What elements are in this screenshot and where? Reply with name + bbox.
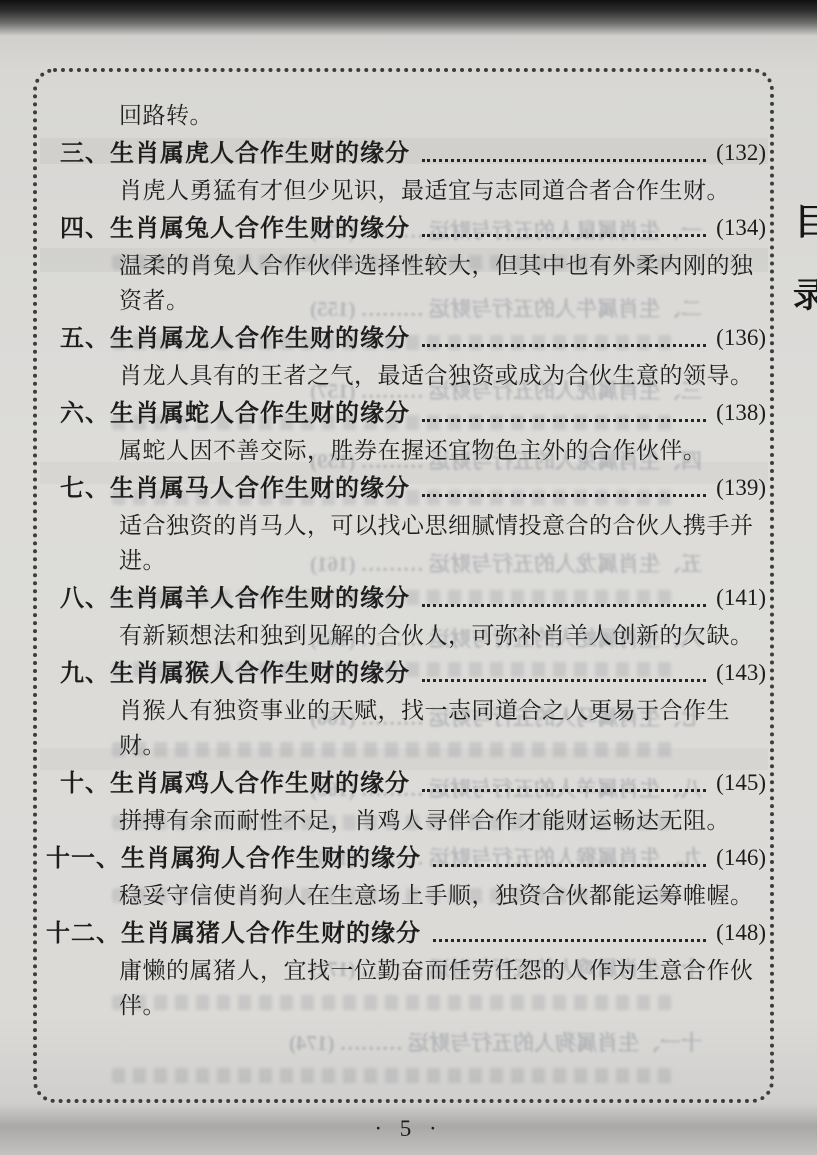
scan-top-shadow: [0, 0, 817, 36]
toc-list: 三、生肖属虎人合作生财的缘分(132)肖虎人勇猛有才但少见识，最适宜与志同道合者…: [33, 135, 766, 1023]
toc-entry-heading: 五、生肖属龙人合作生财的缘分(136): [33, 320, 766, 357]
toc-entry-heading: 十、生肖属鸡人合作生财的缘分(145): [33, 765, 766, 802]
toc-entry-title: 四、生肖属兔人合作生财的缘分: [60, 211, 410, 247]
dot-leader: [422, 604, 706, 607]
dot-leader: [422, 159, 706, 162]
toc-entry-page: (138): [716, 395, 766, 432]
toc-entry-title: 十一、生肖属狗人合作生财的缘分: [46, 841, 421, 877]
toc-entry-heading: 十一、生肖属狗人合作生财的缘分(146): [33, 840, 766, 877]
toc-entry-page: (145): [716, 765, 766, 802]
toc-entry: 七、生肖属马人合作生财的缘分(139)适合独资的肖马人，可以找心思细腻情投意合的…: [33, 470, 766, 578]
toc-entry-description: 温柔的肖兔人合作伙伴选择性较大，但其中也有外柔内刚的独资者。: [33, 248, 767, 318]
toc-entry-title: 五、生肖属龙人合作生财的缘分: [60, 321, 410, 357]
dot-leader: [422, 679, 706, 682]
toc-entry-title: 九、生肖属猴人合作生财的缘分: [60, 656, 410, 692]
toc-entry: 五、生肖属龙人合作生财的缘分(136)肖龙人具有的王者之气，最适合独资或成为合伙…: [33, 320, 766, 393]
dot-leader: [422, 419, 706, 422]
toc-entry-page: (132): [716, 135, 766, 172]
page-number: · 5 ·: [0, 1116, 817, 1142]
toc-entry: 六、生肖属蛇人合作生财的缘分(138)属蛇人因不善交际，胜券在握还宜物色主外的合…: [33, 395, 766, 468]
toc-entry-heading: 三、生肖属虎人合作生财的缘分(132): [33, 135, 766, 172]
toc-entry-description: 肖龙人具有的王者之气，最适合独资或成为合伙生意的领导。: [33, 358, 767, 393]
toc-entry-page: (139): [716, 470, 766, 507]
toc-entry-title: 三、生肖属虎人合作生财的缘分: [60, 136, 410, 172]
toc-entry-title: 十、生肖属鸡人合作生财的缘分: [60, 766, 410, 802]
toc-entry-description: 肖虎人勇猛有才但少见识，最适宜与志同道合者合作生财。: [33, 173, 767, 208]
toc-entry: 九、生肖属猴人合作生财的缘分(143)肖猴人有独资事业的天赋，找一志同道合之人更…: [33, 655, 766, 763]
toc-entry-description: 拼搏有余而耐性不足，肖鸡人寻伴合作才能财运畅达无阻。: [33, 803, 767, 838]
dot-leader: [422, 494, 706, 497]
toc-entry: 三、生肖属虎人合作生财的缘分(132)肖虎人勇猛有才但少见识，最适宜与志同道合者…: [33, 135, 766, 208]
toc-entry-heading: 六、生肖属蛇人合作生财的缘分(138): [33, 395, 766, 432]
intro-continuation-line: 回路转。: [33, 98, 767, 133]
toc-entry-title: 八、生肖属羊人合作生财的缘分: [60, 581, 410, 617]
toc-entry: 四、生肖属兔人合作生财的缘分(134)温柔的肖兔人合作伙伴选择性较大，但其中也有…: [33, 210, 766, 318]
toc-entry: 十二、生肖属猪人合作生财的缘分(148)庸懒的属猪人，宜找一位勤奋而任劳任怨的人…: [33, 915, 766, 1023]
toc-entry: 八、生肖属羊人合作生财的缘分(141)有新颖想法和独到见解的合伙人，可弥补肖羊人…: [33, 580, 766, 653]
dot-leader: [433, 864, 706, 867]
toc-entry-description: 庸懒的属猪人，宜找一位勤奋而任劳任怨的人作为生意合作伙伴。: [33, 953, 767, 1023]
toc-entry-title: 十二、生肖属猪人合作生财的缘分: [46, 916, 421, 952]
toc-entry-page: (146): [716, 840, 766, 877]
toc-entry-page: (148): [716, 915, 766, 952]
dot-leader: [433, 939, 706, 942]
facing-page-edge-fragment: 目: [794, 194, 817, 245]
toc-entry: 十一、生肖属狗人合作生财的缘分(146)稳妥守信使肖狗人在生意场上手顺，独资合伙…: [33, 840, 766, 913]
toc-entry: 十、生肖属鸡人合作生财的缘分(145)拼搏有余而耐性不足，肖鸡人寻伴合作才能财运…: [33, 765, 766, 838]
toc-entry-page: (134): [716, 210, 766, 247]
dot-leader: [422, 789, 706, 792]
facing-page-edge-fragment: 录: [793, 268, 817, 317]
toc-entry-description: 稳妥守信使肖狗人在生意场上手顺，独资合伙都能运筹帷幄。: [33, 878, 767, 913]
toc-entry-heading: 十二、生肖属猪人合作生财的缘分(148): [33, 915, 766, 952]
toc-entry-heading: 四、生肖属兔人合作生财的缘分(134): [33, 210, 766, 247]
toc-entry-page: (143): [716, 655, 766, 692]
toc-content: 回路转。 三、生肖属虎人合作生财的缘分(132)肖虎人勇猛有才但少见识，最适宜与…: [33, 68, 774, 1023]
toc-entry-description: 有新颖想法和独到见解的合伙人，可弥补肖羊人创新的欠缺。: [33, 618, 767, 653]
toc-entry-title: 六、生肖属蛇人合作生财的缘分: [60, 396, 410, 432]
toc-entry-heading: 九、生肖属猴人合作生财的缘分(143): [33, 655, 766, 692]
toc-entry-title: 七、生肖属马人合作生财的缘分: [60, 471, 410, 507]
toc-entry-heading: 七、生肖属马人合作生财的缘分(139): [33, 470, 766, 507]
toc-entry-page: (141): [716, 580, 766, 617]
toc-entry-heading: 八、生肖属羊人合作生财的缘分(141): [33, 580, 766, 617]
dot-leader: [422, 234, 706, 237]
toc-entry-description: 属蛇人因不善交际，胜券在握还宜物色主外的合作伙伴。: [33, 433, 767, 468]
toc-entry-page: (136): [716, 320, 766, 357]
toc-entry-description: 肖猴人有独资事业的天赋，找一志同道合之人更易于合作生财。: [33, 693, 767, 763]
scanned-page: 一、生肖属鼠人的五行与财运 ……… (153)二、生肖属牛人的五行与财运 …………: [0, 0, 817, 1155]
toc-entry-description: 适合独资的肖马人，可以找心思细腻情投意合的合伙人携手并进。: [33, 508, 767, 578]
dot-leader: [422, 344, 706, 347]
